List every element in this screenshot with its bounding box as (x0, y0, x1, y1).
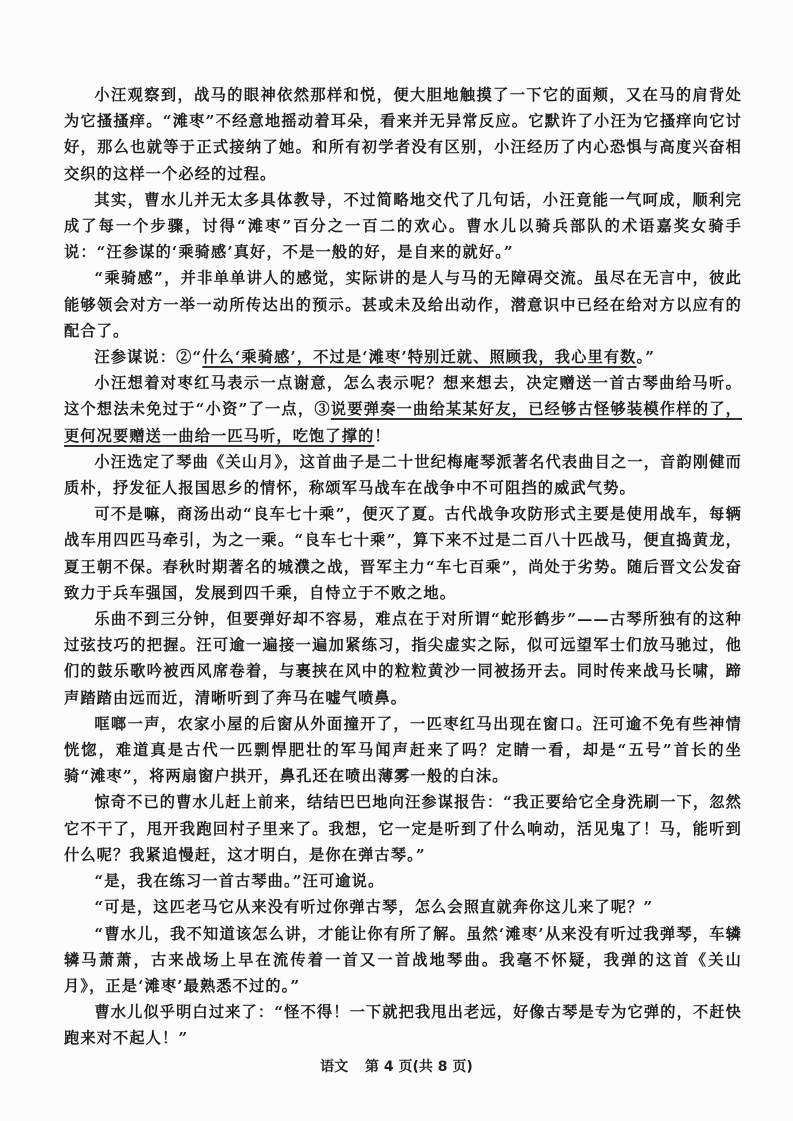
exam-page-body: 小汪观察到，战马的眼神依然那样和悦，便大胆地触摸了一下它的面颊，又在马的肩背处为… (64, 82, 742, 1052)
paragraph-text: 汪参谋说：②“ (94, 348, 202, 366)
paragraph-text: 可不是嘛，商汤出动“良车七十乘”，便灭了夏。古代战争攻防形式主要是使用战车，每辆… (64, 505, 742, 602)
paragraph-4: 汪参谋说：②“什么‘乘骑感’，不过是‘滩枣’特别迁就、照顾我，我心里有数。” (64, 344, 742, 370)
paragraph-11: “是，我在练习一首古琴曲。”汪可逾说。 (64, 868, 742, 894)
underlined-sentence-2: 什么‘乘骑感’，不过是‘滩枣’特别迁就、照顾我，我心里有数 (202, 348, 636, 366)
paragraph-text: 惊奇不已的曹水儿赶上前来，结结巴巴地向汪参谋报告：“我正要给它全身洗刷一下，忽然… (64, 793, 742, 863)
paragraph-9: 哐啷一声，农家小屋的后窗从外面撞开了，一匹枣红马出现在窗口。汪可逾不免有些神情恍… (64, 711, 742, 790)
paragraph-text: ！ (374, 427, 390, 445)
paragraph-7: 可不是嘛，商汤出动“良车七十乘”，便灭了夏。古代战争攻防形式主要是使用战车，每辆… (64, 501, 742, 606)
paragraph-text: 小汪观察到，战马的眼神依然那样和悦，便大胆地触摸了一下它的面颊，又在马的肩背处为… (64, 86, 742, 183)
paragraph-text: “可是，这匹老马它从来没有听过你弹古琴，怎么会照直就奔你这儿来了呢？” (94, 898, 653, 916)
paragraph-text: 。” (637, 348, 656, 366)
footer-page-number: 第 4 页(共 8 页) (365, 1059, 473, 1075)
paragraph-8: 乐曲不到三分钟，但要弹好却不容易，难点在于对所谓“蛇形鹤步”——古琴所独有的这种… (64, 606, 742, 711)
paragraph-text: “乘骑感”，并非单单讲人的感觉，实际讲的是人与马的无障碍交流。虽尽在无言中，彼此… (64, 269, 742, 339)
paragraph-6: 小汪选定了琴曲《关山月》，这首曲子是二十世纪梅庵琴派著名代表曲目之一，音韵刚健而… (64, 449, 742, 501)
paragraph-13: “曹水儿，我不知道该怎么讲，才能让你有所了解。虽然‘滩枣’从来没有听过我弹琴，车… (64, 921, 742, 1000)
paragraph-text: “是，我在练习一首古琴曲。”汪可逾说。 (94, 872, 384, 890)
paragraph-text: 小汪选定了琴曲《关山月》，这首曲子是二十世纪梅庵琴派著名代表曲目之一，音韵刚健而… (64, 453, 742, 497)
paragraph-text: 其实，曹水儿并无太多具体教导，不过简略地交代了几句话，小汪竟能一气呵成，顺利完成… (64, 191, 742, 261)
paragraph-10: 惊奇不已的曹水儿赶上前来，结结巴巴地向汪参谋报告：“我正要给它全身洗刷一下，忽然… (64, 789, 742, 868)
paragraph-1: 小汪观察到，战马的眼神依然那样和悦，便大胆地触摸了一下它的面颊，又在马的肩背处为… (64, 82, 742, 187)
paragraph-3: “乘骑感”，并非单单讲人的感觉，实际讲的是人与马的无障碍交流。虽尽在无言中，彼此… (64, 265, 742, 344)
paragraph-text: 哐啷一声，农家小屋的后窗从外面撞开了，一匹枣红马出现在窗口。汪可逾不免有些神情恍… (64, 715, 742, 785)
paragraph-5: 小汪想着对枣红马表示一点谢意，怎么表示呢？想来想去，决定赠送一首古琴曲给马听。这… (64, 370, 742, 449)
paragraph-14: 曹水儿似乎明白过来了：“怪不得！一下就把我甩出老远，好像古琴是专为它弹的，不赶快… (64, 999, 742, 1051)
page-footer: 语文 第 4 页(共 8 页) (0, 1056, 793, 1076)
paragraph-text: 乐曲不到三分钟，但要弹好却不容易，难点在于对所谓“蛇形鹤步”——古琴所独有的这种… (64, 610, 742, 707)
paragraph-text: “曹水儿，我不知道该怎么讲，才能让你有所了解。虽然‘滩枣’从来没有听过我弹琴，车… (64, 925, 742, 995)
footer-subject: 语文 (320, 1059, 348, 1075)
paragraph-12: “可是，这匹老马它从来没有听过你弹古琴，怎么会照直就奔你这儿来了呢？” (64, 894, 742, 920)
paragraph-text: 曹水儿似乎明白过来了：“怪不得！一下就把我甩出老远，好像古琴是专为它弹的，不赶快… (64, 1003, 742, 1047)
paragraph-2: 其实，曹水儿并无太多具体教导，不过简略地交代了几句话，小汪竟能一气呵成，顺利完成… (64, 187, 742, 266)
